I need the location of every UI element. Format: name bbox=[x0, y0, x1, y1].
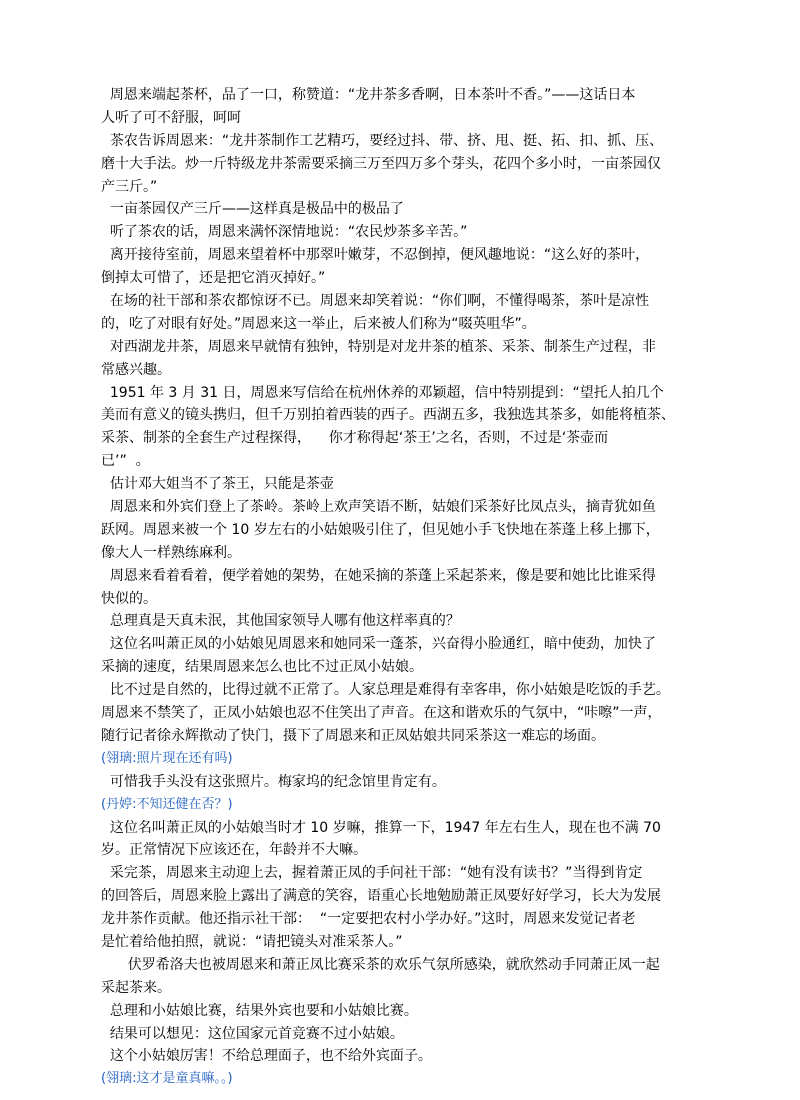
paragraph-line: 的，吃了对眼有好处。”周恩来这一举止，后来被人们称为“啜英咀华”。 bbox=[101, 313, 691, 336]
paragraph-line: 随行记者徐永辉揿动了快门，摄下了周恩来和正凤姑娘共同采茶这一难忘的场面。 bbox=[101, 725, 691, 748]
paragraph-line: 岁。正常情况下应该还在，年龄并不大嘛。 bbox=[101, 839, 691, 862]
paragraph-line: 产三斤。” bbox=[101, 176, 691, 199]
paragraph-line: 比不过是自然的，比得过就不正常了。人家总理是难得有幸客串，你小姑娘是吃饭的手艺。 bbox=[101, 679, 691, 702]
paragraph-line: 这个小姑娘厉害！不给总理面子，也不给外宾面子。 bbox=[101, 1045, 691, 1068]
paragraph-line: 采完茶，周恩来主动迎上去，握着萧正凤的手问社干部：“她有没有读书？”当得到肯定 bbox=[101, 862, 691, 885]
paragraph-line: 美而有意义的镜头携归，但千万别拍着西装的西子。西湖五多，我独选其茶多，如能将植茶… bbox=[101, 404, 691, 427]
paragraph-line: 跃网。周恩来被一个 10 岁左右的小姑娘吸引住了，但见她小手飞快地在茶蓬上移上挪… bbox=[101, 519, 691, 542]
paragraph-line: 的回答后，周恩来脸上露出了满意的笑容，语重心长地勉励萧正凤要好好学习，长大为发展 bbox=[101, 885, 691, 908]
paragraph-line: 在场的社干部和茶农都惊讶不已。周恩来却笑着说：“你们啊，不懂得喝茶，茶叶是凉性 bbox=[101, 290, 691, 313]
document-page: 周恩来端起茶杯，品了一口，称赞道：“龙井茶多香啊，日本茶叶不香。”——这话日本人… bbox=[101, 84, 691, 1091]
paragraph-line: 总理和小姑娘比赛，结果外宾也要和小姑娘比赛。 bbox=[101, 1000, 691, 1023]
paragraph-line: 已’” 。 bbox=[101, 450, 691, 473]
paragraph-line: 周恩来不禁笑了，正凤小姑娘也忍不住笑出了声音。在这和谐欢乐的气氛中，“咔嚓”一声… bbox=[101, 702, 691, 725]
paragraph-line: 周恩来端起茶杯，品了一口，称赞道：“龙井茶多香啊，日本茶叶不香。”——这话日本 bbox=[101, 84, 691, 107]
paragraph-line: 结果可以想见：这位国家元首竞赛不过小姑娘。 bbox=[101, 1023, 691, 1046]
paragraph-line: 茶农告诉周恩来：“龙井茶制作工艺精巧，要经过抖、带、挤、甩、挺、拓、扣、抓、压、 bbox=[101, 130, 691, 153]
paragraph-line: 是忙着给他拍照，就说：“请把镜头对准采茶人。” bbox=[101, 931, 691, 954]
paragraph-line: 估计邓大姐当不了茶王，只能是茶壶 bbox=[101, 473, 691, 496]
reader-comment: (翎璃:这才是童真嘛。。) bbox=[101, 1068, 691, 1091]
paragraph-line: 这位名叫萧正凤的小姑娘当时才 10 岁嘛，推算一下，1947 年左右生人，现在也… bbox=[101, 817, 691, 840]
paragraph-line: 采起茶来。 bbox=[101, 977, 691, 1000]
paragraph-line: 可惜我手头没有这张照片。梅家坞的纪念馆里肯定有。 bbox=[101, 771, 691, 794]
paragraph-line: 1951 年 3 月 31 日，周恩来写信给在杭州休养的邓颖超，信中特别提到：“… bbox=[101, 382, 691, 405]
paragraph-line: 采摘的速度，结果周恩来怎么也比不过正凤小姑娘。 bbox=[101, 656, 691, 679]
paragraph-line: 像大人一样熟练麻利。 bbox=[101, 542, 691, 565]
paragraph-line: 磨十大手法。炒一斤特级龙井茶需要采摘三万至四万多个芽头，花四个多小时，一亩茶园仅 bbox=[101, 153, 691, 176]
paragraph-line: 快似的。 bbox=[101, 588, 691, 611]
paragraph-line: 龙井茶作贡献。他还指示社干部： “一定要把农村小学办好。”这时，周恩来发觉记者老 bbox=[101, 908, 691, 931]
paragraph-line: 周恩来看着看着，便学着她的架势，在她采摘的茶蓬上采起茶来，像是要和她比比谁采得 bbox=[101, 565, 691, 588]
reader-comment: (翎璃:照片现在还有吗) bbox=[101, 748, 691, 771]
paragraph-line: 对西湖龙井茶，周恩来早就情有独钟，特别是对龙井茶的植茶、采茶、制茶生产过程，非 bbox=[101, 336, 691, 359]
reader-comment: (丹婷:不知还健在否？) bbox=[101, 794, 691, 817]
paragraph-line: 离开接待室前，周恩来望着杯中那翠叶嫩芽，不忍倒掉，便风趣地说：“这么好的茶叶， bbox=[101, 244, 691, 267]
paragraph-line: 人听了可不舒服，呵呵 bbox=[101, 107, 691, 130]
paragraph-line: 听了茶农的话，周恩来满怀深情地说：“农民炒茶多辛苦。” bbox=[101, 221, 691, 244]
paragraph-line: 一亩茶园仅产三斤——这样真是极品中的极品了 bbox=[101, 198, 691, 221]
paragraph-line: 采茶、制茶的全套生产过程探得， 你才称得起‘茶王’之名，否则，不过是‘茶壶而 bbox=[101, 427, 691, 450]
paragraph-line: 常感兴趣。 bbox=[101, 359, 691, 382]
paragraph-line: 伏罗希洛夫也被周恩来和萧正凤比赛采茶的欢乐气氛所感染，就欣然动手同萧正凤一起 bbox=[101, 954, 691, 977]
paragraph-line: 这位名叫萧正凤的小姑娘见周恩来和她同采一蓬茶，兴奋得小脸通红，暗中使劲，加快了 bbox=[101, 633, 691, 656]
paragraph-line: 总理真是天真未泯，其他国家领导人哪有他这样率真的？ bbox=[101, 610, 691, 633]
paragraph-line: 周恩来和外宾们登上了茶岭。茶岭上欢声笑语不断，姑娘们采茶好比凤点头，摘青犹如鱼 bbox=[101, 496, 691, 519]
paragraph-line: 倒掉太可惜了，还是把它消灭掉好。” bbox=[101, 267, 691, 290]
